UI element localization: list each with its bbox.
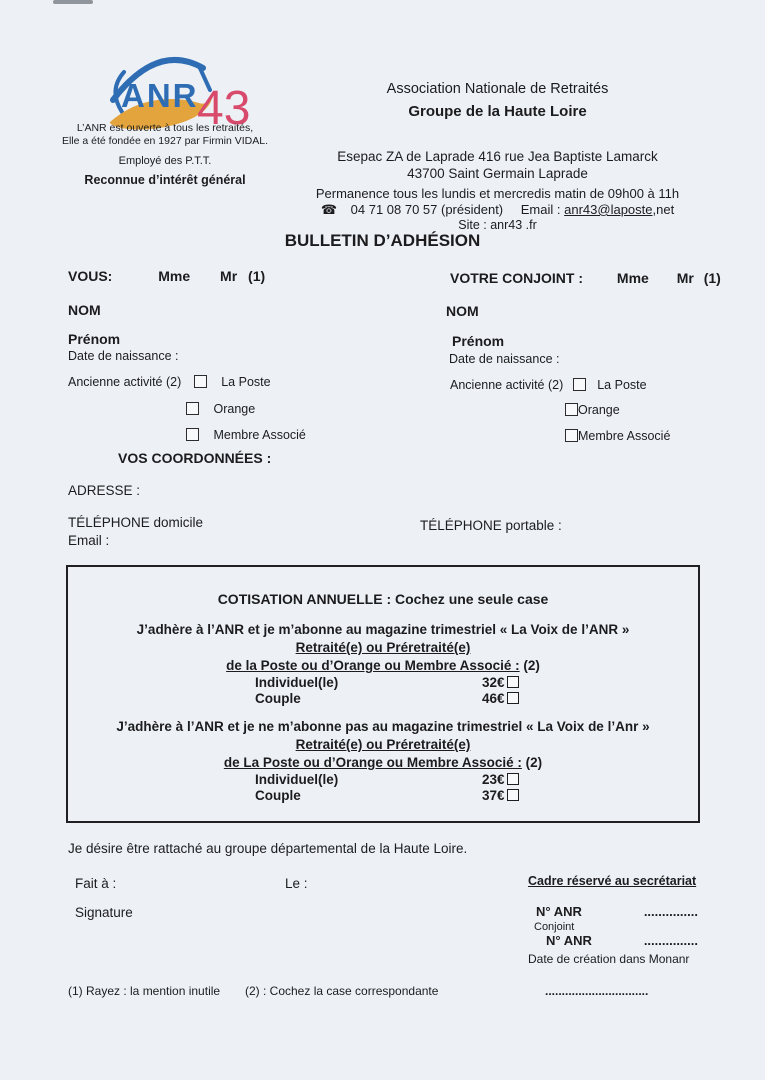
member-checkbox-membre-associe[interactable] [186,428,199,441]
option1-couple-checkbox[interactable] [507,692,519,704]
option2-line1: J’adhère à l’ANR et je ne m’abonne pas a… [68,719,698,734]
cotisation-box: COTISATION ANNUELLE : Cochez une seule c… [66,565,700,823]
option1-line2: Retraité(e) ou Préretraité(e) [68,640,698,655]
tagline-line1: L’ANR est ouverte à tous les retraités, [15,122,315,135]
telephone-domicile-label: TÉLÉPHONE domicile [68,515,203,530]
member-membre-row: Membre Associé [186,428,306,442]
conjoint-activity-row: Ancienne activité (2) La Poste [450,378,647,392]
option2-individuel-checkbox[interactable] [507,773,519,785]
cadre-reserve-heading: Cadre réservé au secrétariat [528,874,696,888]
org-address-line2: 43700 Saint Germain Laprade [295,165,700,182]
conjoint-option-la-poste: La Poste [597,378,646,392]
conjoint-checkbox-la-poste[interactable] [573,378,586,391]
member-prenom-label: Prénom [68,331,120,347]
conjoint-dob-label: Date de naissance : [449,352,560,366]
member-dob-label: Date de naissance : [68,349,179,363]
num-anr-row-2: N° ANR ............... [546,933,698,948]
option1-line3-note: (2) [523,658,540,673]
logo-taglines: L’ANR est ouverte à tous les retraités, … [15,122,315,188]
option1-couple-row: Couple 46€ [68,691,698,706]
option1-couple-amount: 46€ [482,691,505,706]
option1-couple-label: Couple [255,691,301,706]
org-phone: 04 71 08 70 57 (président) [351,202,504,217]
member-note1: (1) [248,268,265,284]
member-checkbox-orange[interactable] [186,402,199,415]
org-email-link[interactable]: anr43@laposte [564,202,652,217]
cotisation-heading: COTISATION ANNUELLE : Cochez une seule c… [68,591,698,607]
conjoint-nom-label: NOM [446,303,479,319]
conjoint-option-orange: Orange [578,403,620,417]
le-label: Le : [285,876,308,891]
org-email-suffix: ,net [653,202,675,217]
phone-icon: ☎ [321,202,337,217]
page-title: BULLETIN D’ADHÉSION [0,231,765,251]
conjoint-checkbox-orange[interactable] [565,403,578,416]
telephone-portable-label: TÉLÉPHONE portable : [420,518,562,533]
num-anr-row-1: N° ANR ............... [536,904,698,919]
member-activity-label: Ancienne activité (2) [68,375,181,389]
scanned-membership-form: { "logo": { "anr": "ANR", "number": "43"… [0,0,765,1080]
tagline-line3: Employé des P.T.T. [15,154,315,168]
org-contact-line: ☎ 04 71 08 70 57 (président) Email : anr… [295,202,700,218]
org-name: Association Nationale de Retraités [295,80,700,98]
option1-line3: de la Poste ou d’Orange ou Membre Associ… [68,658,698,673]
option2-individuel-label: Individuel(le) [255,772,338,787]
conjoint-option-membre-associe: Membre Associé [578,429,670,443]
member-nom-label: NOM [68,302,101,318]
num-anr-dots-1: ............... [644,904,698,919]
scan-artifact [53,0,93,4]
conjoint-orange-row: Orange [565,403,620,417]
option2-couple-checkbox[interactable] [507,789,519,801]
conjoint-mme[interactable]: Mme [617,270,649,286]
org-header: Association Nationale de Retraités Group… [295,80,700,233]
org-email-label: Email : [521,202,561,217]
option2-couple-label: Couple [255,788,301,803]
option1-individuel-price: 32€ [482,675,519,690]
conjoint-note1: (1) [704,270,721,286]
conjoint-activity-label: Ancienne activité (2) [450,378,563,392]
option1-individuel-label: Individuel(le) [255,675,338,690]
member-orange-row: Orange [186,402,255,416]
option1-individuel-checkbox[interactable] [507,676,519,688]
option2-line3-note: (2) [526,755,543,770]
member-activity-row: Ancienne activité (2) La Poste [68,375,271,389]
option2-couple-row: Couple 37€ [68,788,698,803]
member-option-membre-associe: Membre Associé [213,428,305,442]
option1-individuel-amount: 32€ [482,675,505,690]
member-option-la-poste: La Poste [221,375,270,389]
org-hours: Permanence tous les lundis et mercredis … [295,186,700,202]
conjoint-checkbox-membre-associe[interactable] [565,429,578,442]
option2-line2: Retraité(e) ou Préretraité(e) [68,737,698,752]
option1-line3-text: de la Poste ou d’Orange ou Membre Associ… [226,658,520,673]
logo-anr-text: ANR [121,77,199,114]
num-anr-label-1: N° ANR [536,904,582,919]
anr-logo: ANR 43 [105,40,255,135]
rattache-statement: Je désire être rattaché au groupe départ… [68,841,467,856]
option2-couple-amount: 37€ [482,788,505,803]
org-address-line1: Esepac ZA de Laprade 416 rue Jea Baptist… [295,148,700,165]
coordonnees-heading: VOS COORDONNÉES : [118,450,271,466]
conjoint-membre-row: Membre Associé [565,429,670,443]
member-mme[interactable]: Mme [158,268,190,284]
fait-a-label: Fait à : [75,876,116,891]
adresse-label: ADRESSE : [68,483,140,498]
tagline-line2: Elle a été fondée en 1927 par Firmin VID… [15,135,315,148]
org-group: Groupe de la Haute Loire [295,103,700,121]
footer-dots: ............................... [545,984,648,998]
email-label: Email : [68,533,109,548]
num-anr-dots-2: ............... [644,933,698,948]
option2-couple-price: 37€ [482,788,519,803]
member-checkbox-la-poste[interactable] [194,375,207,388]
option2-line2-text: Retraité(e) ou Préretraité(e) [296,737,471,752]
option1-line1: J’adhère à l’ANR et je m’abonne au magaz… [68,622,698,637]
member-civility-row: VOUS: Mme Mr (1) [68,268,265,284]
option2-line3: de La Poste ou d’Orange ou Membre Associ… [68,755,698,770]
option2-individuel-row: Individuel(le) 23€ [68,772,698,787]
tagline-line4: Reconnue d’intérêt général [15,173,315,188]
num-anr-label-2: N° ANR [546,933,592,948]
option2-line3-text: de La Poste ou d’Orange ou Membre Associ… [224,755,522,770]
conjoint-civility-row: VOTRE CONJOINT : Mme Mr (1) [450,270,721,286]
option1-individuel-row: Individuel(le) 32€ [68,675,698,690]
member-mr[interactable]: Mr [220,268,237,284]
option2-individuel-amount: 23€ [482,772,505,787]
member-option-orange: Orange [213,402,255,416]
signature-label: Signature [75,905,133,920]
option1-couple-price: 46€ [482,691,519,706]
conjoint-heading: VOTRE CONJOINT : [450,270,583,286]
creation-date-label: Date de création dans Monanr [528,952,689,966]
member-heading: VOUS: [68,268,112,284]
conjoint-prenom-label: Prénom [452,333,504,349]
option1-line2-text: Retraité(e) ou Préretraité(e) [296,640,471,655]
conjoint-small-label: Conjoint [534,921,574,933]
footnote-1: (1) Rayez : la mention inutile [68,984,220,998]
option2-individuel-price: 23€ [482,772,519,787]
conjoint-mr[interactable]: Mr [677,270,694,286]
footnote-2: (2) : Cochez la case correspondante [245,984,438,998]
